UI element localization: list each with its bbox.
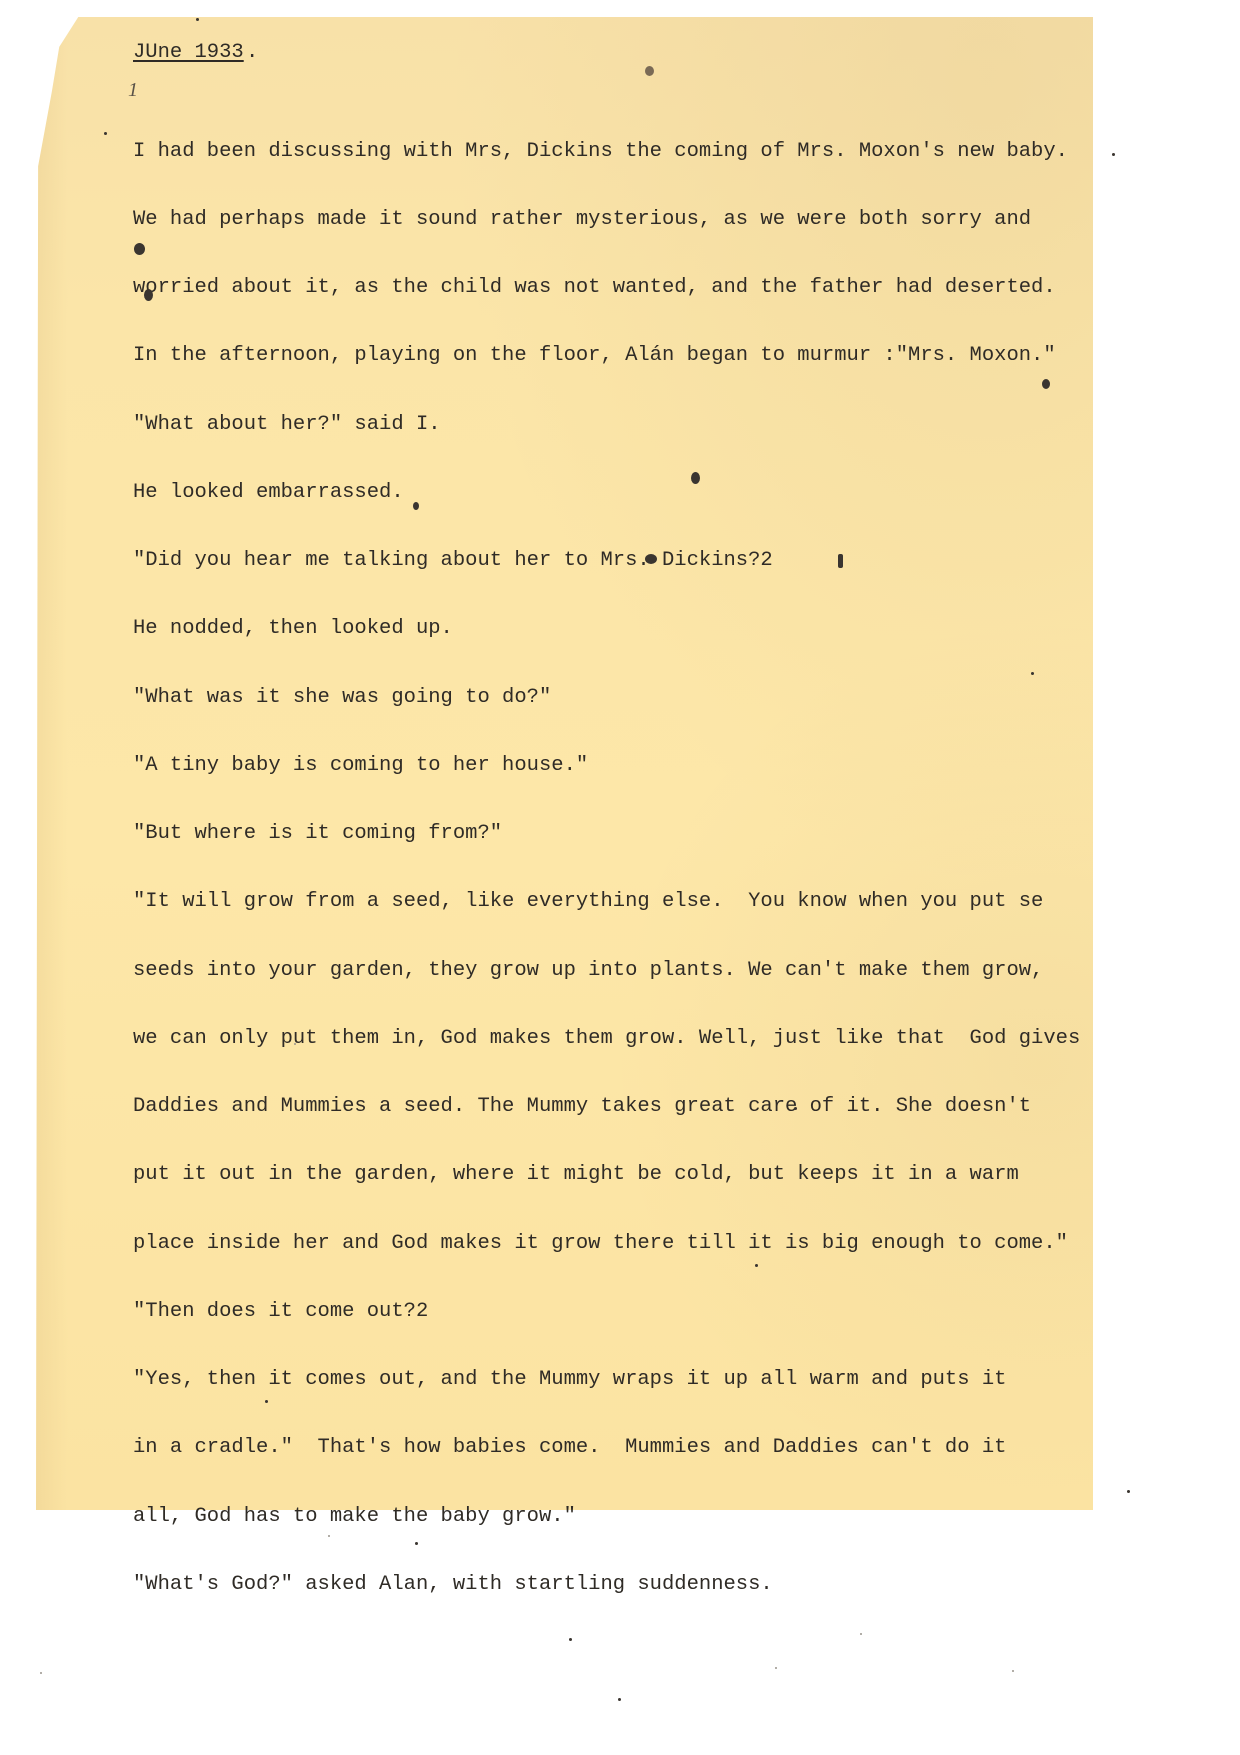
text-line: "What was it she was going to do?"	[133, 687, 1080, 710]
paper-speck	[860, 1633, 862, 1635]
text-line: We had perhaps made it sound rather myst…	[133, 209, 1080, 232]
paper-speck	[294, 1043, 296, 1045]
paper-speck	[1127, 1490, 1130, 1493]
text-line: "What's God?" asked Alan, with startling…	[133, 1574, 1080, 1597]
text-line: we can only put them in, God makes them …	[133, 1028, 1080, 1051]
date-heading-period: .	[246, 41, 258, 64]
text-line: place inside her and God makes it grow t…	[133, 1233, 1080, 1256]
text-line: He looked embarrassed.	[133, 482, 1080, 505]
text-line: I had been discussing with Mrs, Dickins …	[133, 141, 1080, 164]
date-heading-text: JUne 1933	[133, 41, 244, 64]
paper-speck	[40, 1672, 42, 1674]
paper-speck	[104, 132, 107, 135]
paper-speck	[1012, 1670, 1014, 1672]
paper-speck	[415, 1542, 418, 1545]
text-line: He nodded, then looked up.	[133, 618, 1080, 641]
text-line: "Yes, then it comes out, and the Mummy w…	[133, 1369, 1080, 1392]
text-line: worried about it, as the child was not w…	[133, 277, 1080, 300]
date-heading: JUne 1933	[133, 41, 244, 64]
text-line: In the afternoon, playing on the floor, …	[133, 345, 1080, 368]
paper-speck	[1112, 153, 1115, 156]
text-line: "It will grow from a seed, like everythi…	[133, 891, 1080, 914]
text-line: "But where is it coming from?"	[133, 823, 1080, 846]
text-line: Daddies and Mummies a seed. The Mummy ta…	[133, 1096, 1080, 1119]
ink-blot	[691, 472, 700, 484]
text-line: "Did you hear me talking about her to Mr…	[133, 550, 1080, 573]
text-line: seeds into your garden, they grow up int…	[133, 960, 1080, 983]
ink-blot	[1042, 379, 1050, 389]
paper-speck	[618, 1698, 621, 1701]
text-line: "A tiny baby is coming to her house."	[133, 755, 1080, 778]
paper-speck	[569, 1638, 572, 1641]
text-line: in a cradle." That's how babies come. Mu…	[133, 1437, 1080, 1460]
paper-speck	[755, 1264, 758, 1267]
text-line: "Then does it come out?2	[133, 1301, 1080, 1324]
paper-speck	[1031, 672, 1034, 675]
text-line: "What about her?" said I.	[133, 414, 1080, 437]
paper-speck	[196, 18, 199, 21]
ink-blot	[144, 289, 153, 301]
ink-blot	[838, 554, 843, 568]
text-line: put it out in the garden, where it might…	[133, 1164, 1080, 1187]
text-line: all, God has to make the baby grow."	[133, 1506, 1080, 1529]
typed-body: I had been discussing with Mrs, Dickins …	[133, 95, 1080, 1619]
paper-speck	[794, 1107, 797, 1110]
ink-blot	[645, 554, 657, 564]
ink-blot	[134, 243, 145, 255]
paper-speck	[775, 1667, 777, 1669]
ink-blot	[413, 502, 419, 510]
paper-speck	[265, 1400, 268, 1403]
paper-speck	[328, 1535, 330, 1537]
ink-blot	[645, 66, 654, 76]
